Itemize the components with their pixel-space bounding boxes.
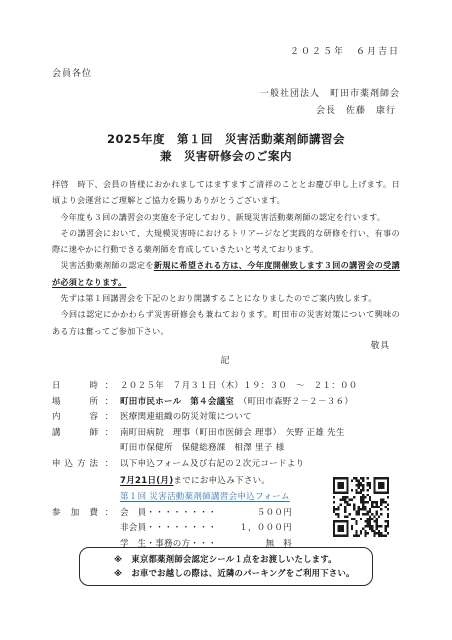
qr-code-icon	[333, 477, 389, 537]
fee-row-member: 会 員・・・・・・・・５００円	[120, 506, 292, 522]
venue-name: 町田市民ホール 第４会議室	[120, 397, 234, 407]
organization-name: 一般社団法人 町田市薬剤師会	[52, 86, 400, 99]
detail-row-datetime: 日時 ： ２０２５年 ７月３１日（木）１９：３０ ～ ２１：００	[52, 379, 400, 395]
detail-colon: ：	[98, 410, 120, 426]
note-mark: ※	[114, 553, 122, 567]
detail-label: 講師	[52, 426, 98, 442]
venue-address: （町田市森野２－２－３６）	[234, 397, 353, 407]
lecturer-line-2: 町田市保健所 保健総務課 相澤 里子 様	[120, 441, 400, 457]
paragraph-greeting: 拝啓 時下、会員の皆様におかれましてはますますご清祥のこととお慶び申し上げます。…	[52, 176, 400, 209]
detail-row-lecturer: 講師 ： 南町田病院 理事（町田市医師会 理事） 矢野 正雄 先生 町田市保健所…	[52, 426, 400, 457]
note-line-seal: ※東京都薬剤師会認定シール１点をお渡しいたします。	[114, 553, 362, 567]
deadline-date: 7月21日(月)	[120, 476, 173, 486]
title-line-2: 兼 災害研修会のご案内	[52, 148, 400, 165]
notes-box: ※東京都薬剤師会認定シール１点をお渡しいたします。 ※お車でお越しの際は、近隣の…	[79, 547, 373, 586]
lecturer-value: 南町田病院 理事（町田市医師会 理事） 矢野 正雄 先生 町田市保健所 保健総務…	[120, 426, 400, 457]
place-value: 町田市民ホール 第４会議室 （町田市森野２－２－３６）	[120, 395, 400, 411]
recipient: 会員各位	[52, 66, 400, 79]
requirement-lead: 災害活動薬剤師の認定を	[52, 260, 154, 270]
application-method: 以下申込フォーム及び右記の２次元コードより	[120, 457, 400, 473]
paragraph-requirement: 災害活動薬剤師の認定を新規に希望される方は、今年度開催致します３回の講習会の受講…	[52, 257, 400, 290]
closing-word: 敬具	[52, 339, 400, 351]
detail-label: 参加費	[52, 506, 98, 522]
datetime-value: ２０２５年 ７月３１日（木）１９：３０ ～ ２１：００	[120, 379, 400, 395]
detail-colon: ：	[98, 426, 120, 442]
issue-date: ２０２５年 ６月吉日	[52, 44, 400, 57]
detail-row-content: 内容 ： 医療関連組織の防災対策について	[52, 410, 400, 426]
fee-name: 会 員・・・・・・・・	[120, 506, 226, 522]
note-line-parking: ※お車でお越しの際は、近隣のパーキングをご利用下さい。	[114, 567, 362, 581]
fee-name: 非会員・・・・・・・・	[120, 521, 226, 537]
document-title: 2025年度 第１回 災害活動薬剤師講習会 兼 災害研修会のご案内	[52, 131, 400, 165]
detail-label: 申込方法	[52, 457, 98, 473]
detail-colon: ：	[98, 506, 120, 522]
note-mark: ※	[114, 567, 122, 581]
paragraph-invite: 今回は認定にかかわらず災害研修会も兼ねております。町田市の災害対策について興味の…	[52, 306, 400, 339]
record-heading: 記	[52, 353, 400, 366]
detail-label: 日時	[52, 379, 98, 395]
detail-colon: ：	[98, 379, 120, 395]
fee-price: １，０００円	[226, 521, 292, 537]
content-value: 医療関連組織の防災対策について	[120, 410, 400, 426]
fee-price: ５００円	[226, 506, 292, 522]
document-page: ２０２５年 ６月吉日 会員各位 一般社団法人 町田市薬剤師会 会長 佐藤 康行 …	[0, 0, 452, 640]
deadline-suffix: までにお申込み下さい。	[173, 476, 270, 486]
detail-colon: ：	[98, 395, 120, 411]
letter-body: 拝啓 時下、会員の皆様におかれましてはますますご清祥のこととお慶び申し上げます。…	[52, 176, 400, 339]
paragraph-announce: 先ずは第１回講習会を下記のとおり開講することになりましたのでご案内致します。	[52, 290, 400, 306]
note-text: 東京都薬剤師会認定シール１点をお渡しいたします。	[131, 553, 337, 567]
paragraph-plan: 今年度も３回の講習会の実施を予定しており、新規災害活動薬剤師の認定を行います。	[52, 209, 400, 225]
lecturer-line-1: 南町田病院 理事（町田市医師会 理事） 矢野 正雄 先生	[120, 426, 400, 442]
fee-row-nonmember: 非会員・・・・・・・・１，０００円	[120, 521, 292, 537]
application-form-link[interactable]: 第１回 災害活動薬剤師講習会申込フォーム	[120, 490, 290, 506]
detail-row-place: 場所 ： 町田市民ホール 第４会議室 （町田市森野２－２－３６）	[52, 395, 400, 411]
president-name: 会長 佐藤 康行	[52, 103, 400, 116]
paragraph-training: その講習会において、大規模災害時におけるトリアージなど実践的な研修を行い、有事の…	[52, 225, 400, 258]
detail-label: 内容	[52, 410, 98, 426]
detail-colon: ：	[98, 457, 120, 473]
title-line-1: 2025年度 第１回 災害活動薬剤師講習会	[52, 131, 400, 148]
note-text: お車でお越しの際は、近隣のパーキングをご利用下さい。	[131, 567, 354, 581]
detail-label: 場所	[52, 395, 98, 411]
